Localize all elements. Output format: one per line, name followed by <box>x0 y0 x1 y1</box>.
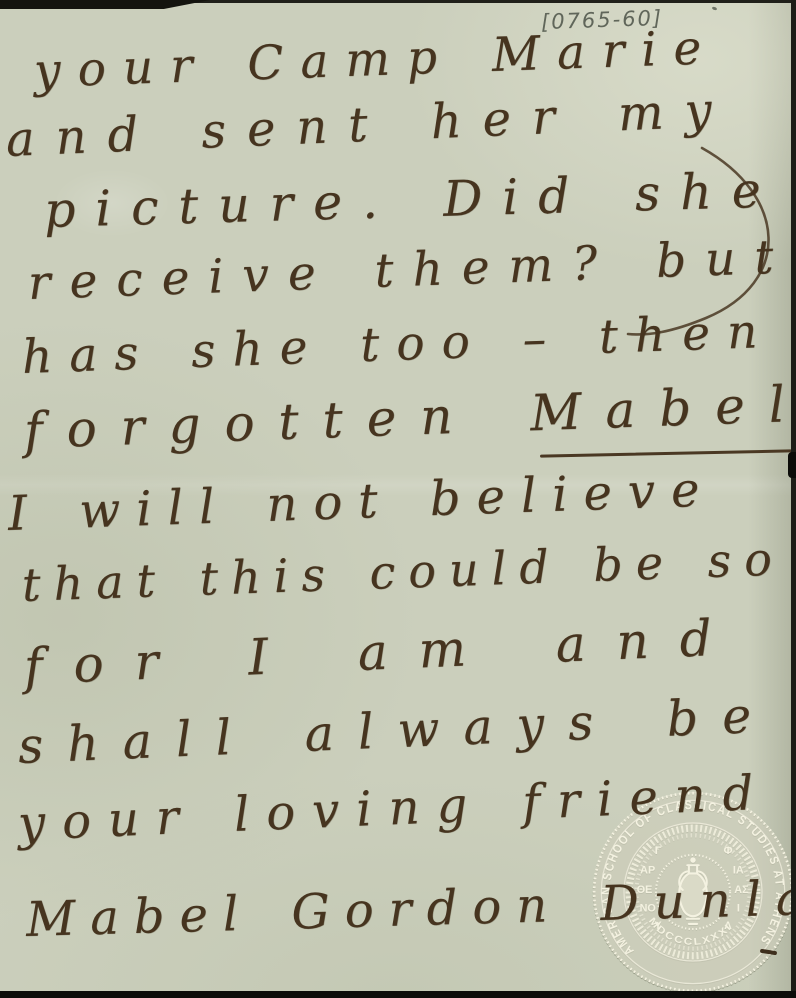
seal-greek-letter: Φ <box>724 845 733 857</box>
handwritten-line-5: has she too – then <box>21 304 775 385</box>
scan-edge-top-left <box>0 0 210 9</box>
handwritten-line-6: forgotten Mabel <box>23 375 796 460</box>
scan-edge-bottom <box>0 991 796 998</box>
pencil-mark <box>712 6 718 11</box>
handwritten-line-3: picture. Did she <box>43 161 781 239</box>
handwritten-line-9: for I am and <box>23 608 744 696</box>
letter-scan-page: [0765-60] your Camp Marie and sent her m… <box>0 0 796 998</box>
handwritten-line-7: I will not believe <box>7 461 716 542</box>
scan-edge-right <box>791 0 796 998</box>
seal-greek-letter: Γ <box>655 845 662 857</box>
handwritten-line-4: receive them? but <box>27 229 793 311</box>
handwritten-line-8: that this could be so <box>21 531 786 612</box>
scan-edge-speck <box>788 452 796 478</box>
catalog-annotation: [0765-60] <box>541 6 664 34</box>
underline-stroke <box>540 449 792 457</box>
handwritten-line-10: shall always be <box>17 686 776 775</box>
